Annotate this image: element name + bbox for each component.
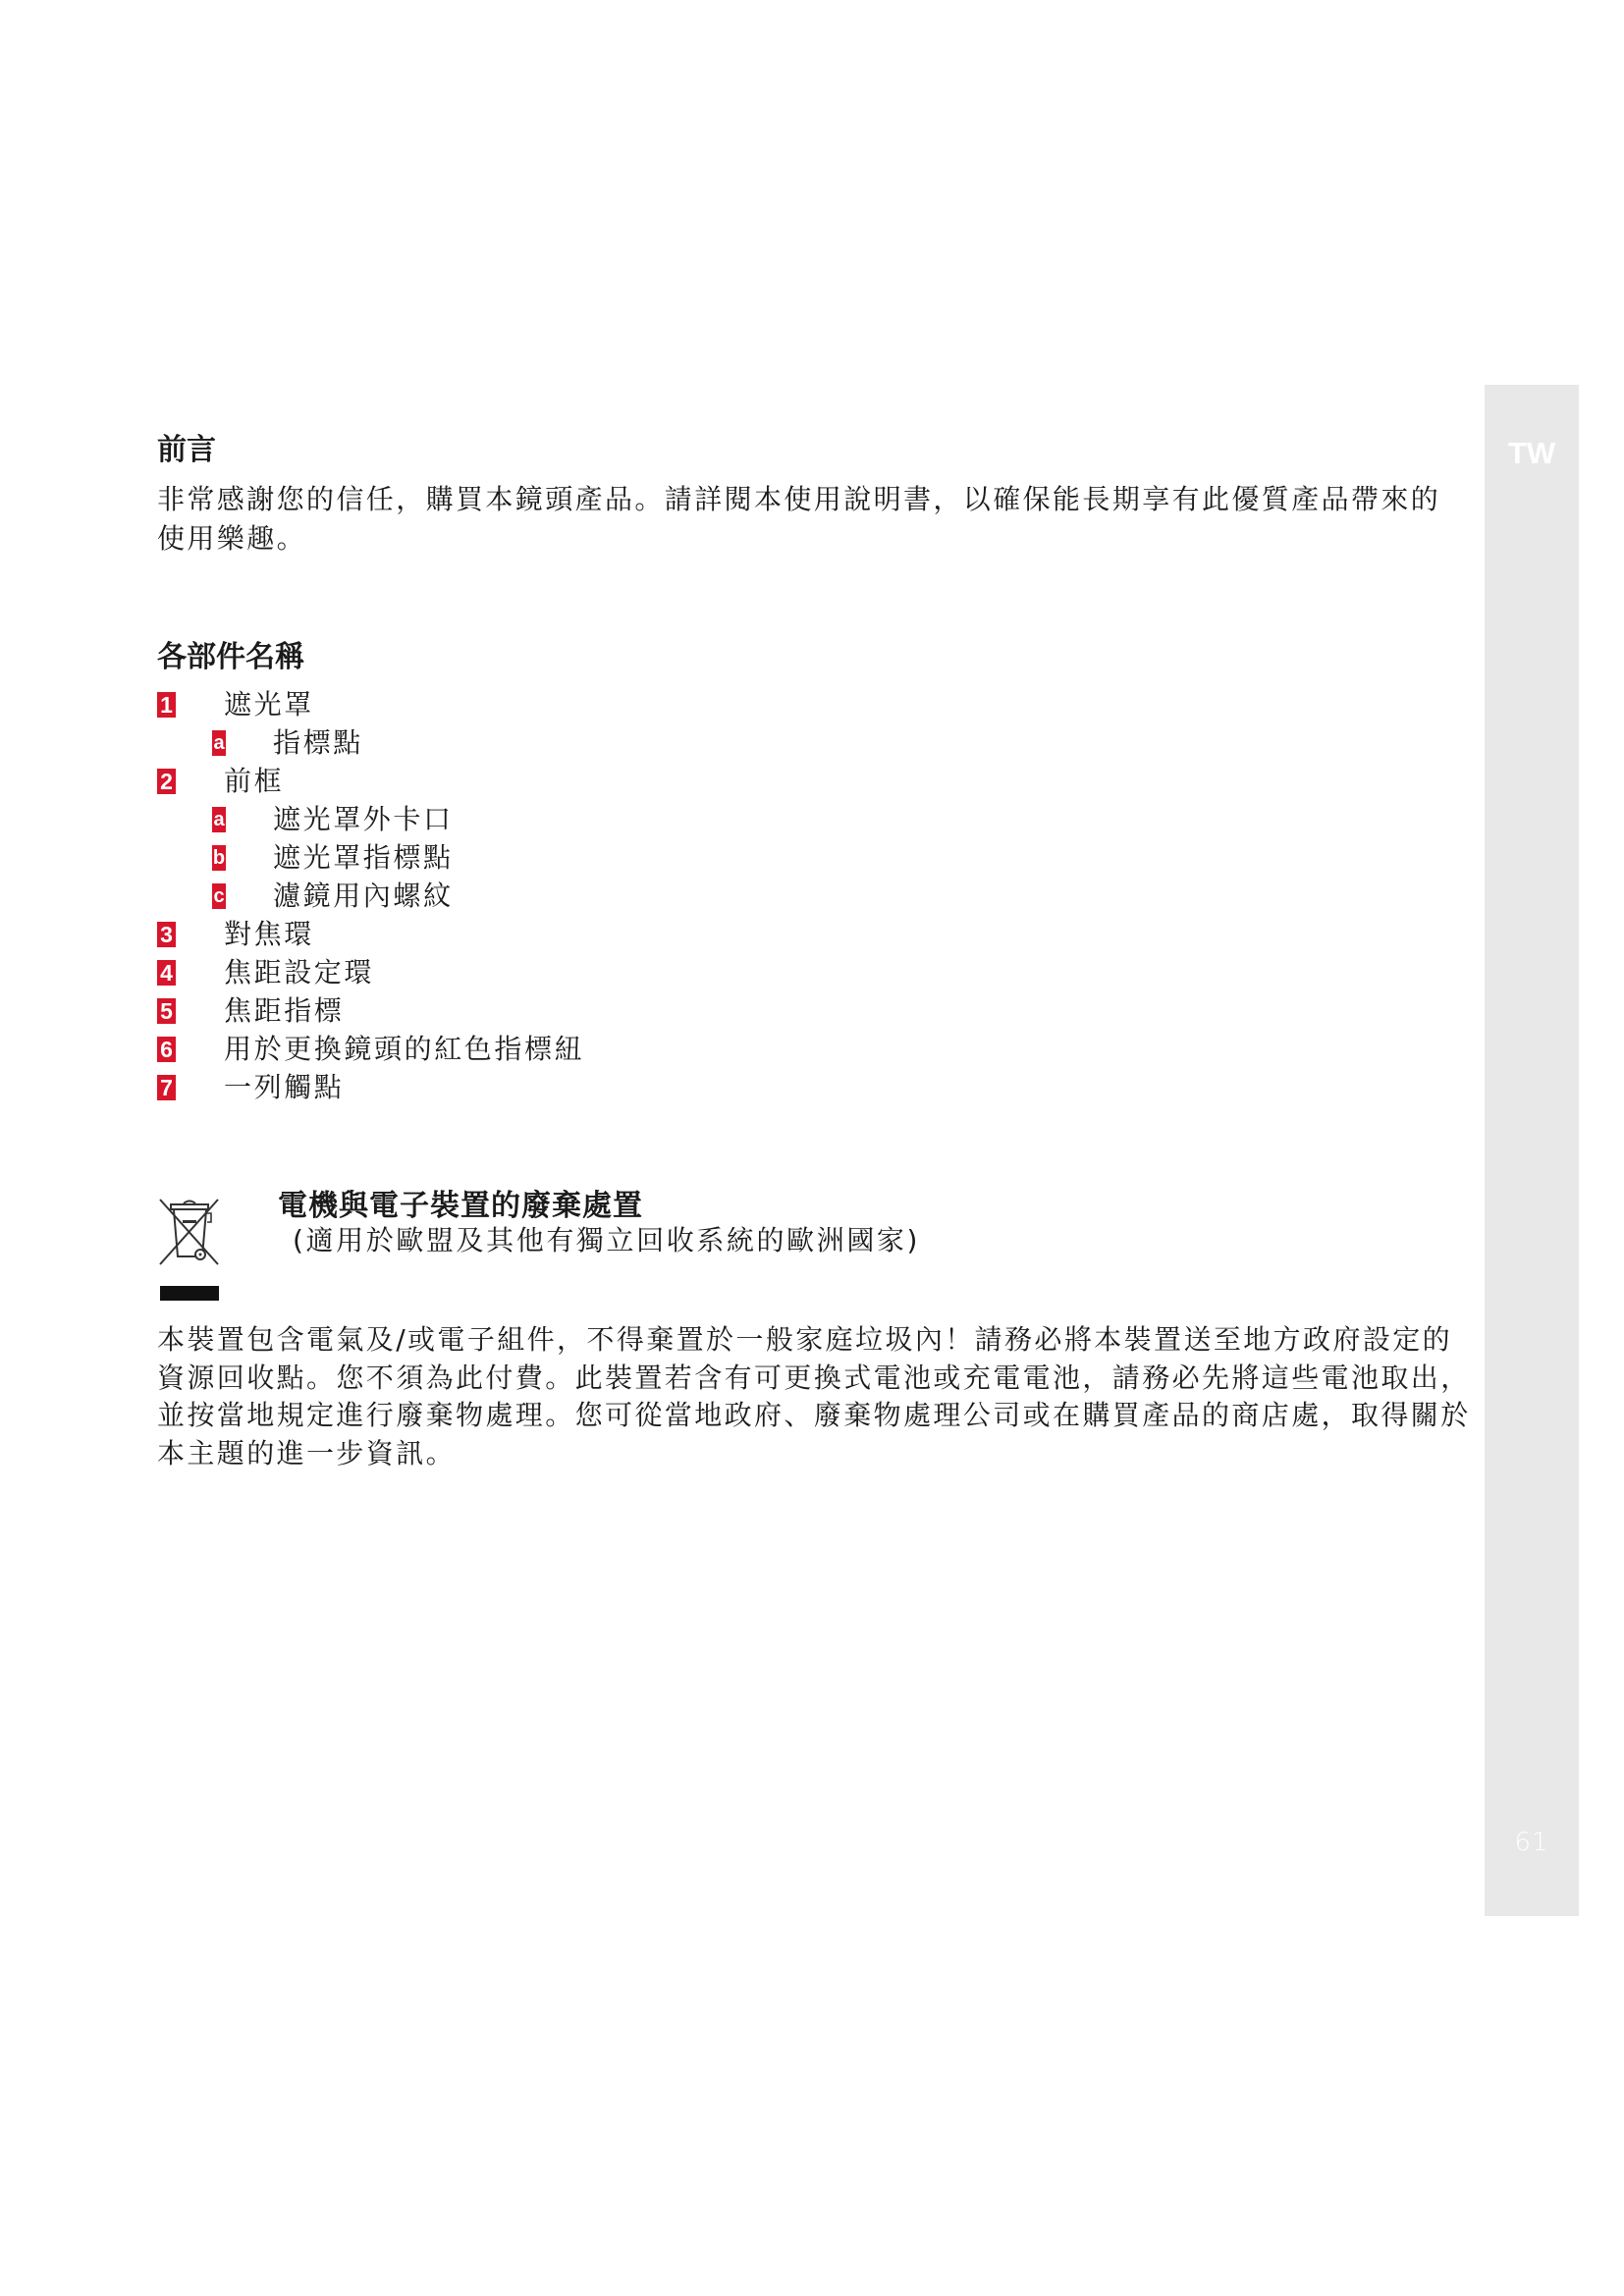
weee-crossed-bin-icon <box>157 1196 222 1313</box>
part-item-2a: a 遮光罩外卡口 <box>157 804 1041 842</box>
part-label: 遮光罩指標點 <box>273 842 454 874</box>
part-badge: 6 <box>157 1037 176 1062</box>
part-item-7: 7 一列觸點 <box>157 1072 1041 1110</box>
part-item-5: 5 焦距指標 <box>157 995 1041 1034</box>
part-item-2b: b 遮光罩指標點 <box>157 842 1041 881</box>
part-item-3: 3 對焦環 <box>157 919 1041 957</box>
part-item-1: 1 遮光罩 <box>157 689 1041 727</box>
foreword-body: 非常感謝您的信任，購買本鏡頭產品。請詳閱本使用說明書，以確保能長期享有此優質產品… <box>157 480 1463 558</box>
part-label: 濾鏡用內螺紋 <box>273 881 454 912</box>
part-item-1a: a 指標點 <box>157 727 1041 766</box>
part-label: 焦距指標 <box>224 995 344 1027</box>
part-label: 前框 <box>224 766 284 797</box>
part-item-2: 2 前框 <box>157 766 1041 804</box>
part-badge: 2 <box>157 769 176 794</box>
part-sub-badge: a <box>212 730 226 756</box>
part-item-2c: c 濾鏡用內螺紋 <box>157 881 1041 919</box>
parts-list: 1 遮光罩 a 指標點 2 前框 a 遮光罩外卡口 b 遮光罩指標點 c 濾鏡用… <box>157 689 1041 1110</box>
part-badge: 1 <box>157 692 176 718</box>
disposal-body: 本裝置包含電氣及/或電子組件，不得棄置於一般家庭垃圾內！請務必將本裝置送至地方政… <box>157 1321 1478 1472</box>
manual-page: TW 61 前言 非常感謝您的信任，購買本鏡頭產品。請詳閱本使用說明書，以確保能… <box>0 0 1624 2296</box>
part-label: 遮光罩外卡口 <box>273 804 454 835</box>
disposal-subtitle: (適用於歐盟及其他有獨立回收系統的歐洲國家) <box>293 1223 920 1258</box>
parts-heading: 各部件名稱 <box>157 640 304 675</box>
language-code: TW <box>1485 436 1579 471</box>
part-item-6: 6 用於更換鏡頭的紅色指標紐 <box>157 1034 1041 1072</box>
disposal-heading: 電機與電子裝置的廢棄處置 <box>278 1189 643 1224</box>
part-sub-badge: a <box>212 807 226 832</box>
part-badge: 5 <box>157 998 176 1024</box>
language-tab-band: TW 61 <box>1485 385 1579 1916</box>
page-number: 61 <box>1485 1828 1579 1857</box>
part-sub-badge: c <box>212 883 226 909</box>
part-badge: 4 <box>157 960 176 986</box>
part-sub-badge: b <box>212 845 226 871</box>
part-badge: 7 <box>157 1075 176 1100</box>
foreword-heading: 前言 <box>157 433 216 468</box>
part-item-4: 4 焦距設定環 <box>157 957 1041 995</box>
part-label: 指標點 <box>273 727 363 759</box>
part-badge: 3 <box>157 922 176 947</box>
part-label: 對焦環 <box>224 919 314 950</box>
part-label: 一列觸點 <box>224 1072 344 1103</box>
part-label: 遮光罩 <box>224 689 314 721</box>
part-label: 焦距設定環 <box>224 957 374 988</box>
part-label: 用於更換鏡頭的紅色指標紐 <box>224 1034 584 1065</box>
